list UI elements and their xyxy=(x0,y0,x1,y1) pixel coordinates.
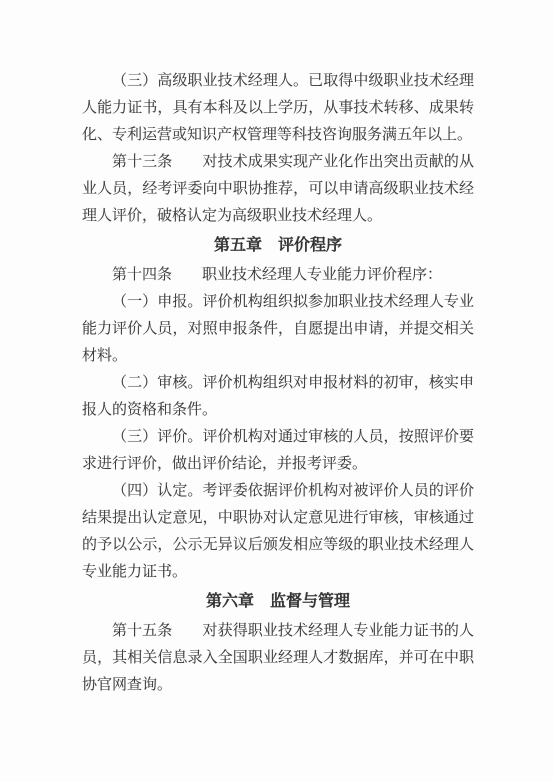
chapter-5-heading: 第五章 评价程序 xyxy=(82,232,474,259)
paragraph-article-14: 第十四条 职业技术经理人专业能力评价程序： xyxy=(82,262,474,289)
paragraph-clause-three-senior-manager: （三）高级职业技术经理人。已取得中级职业技术经理人能力证书，具有本科及以上学历，… xyxy=(82,68,474,149)
document-page: （三）高级职业技术经理人。已取得中级职业技术经理人能力证书，具有本科及以上学历，… xyxy=(0,0,553,782)
paragraph-article-15: 第十五条 对获得职业技术经理人专业能力证书的人员，其相关信息录入全国职业经理人才… xyxy=(82,618,474,699)
paragraph-step-2-review: （二）审核。评价机构组织对申报材料的初审，核实申报人的资格和条件。 xyxy=(82,370,474,424)
paragraph-step-1-declare: （一）申报。评价机构组织拟参加职业技术经理人专业能力评价人员，对照申报条件，自愿… xyxy=(82,289,474,370)
paragraph-step-3-evaluate: （三）评价。评价机构对通过审核的人员，按照评价要求进行评价，做出评价结论，并报考… xyxy=(82,424,474,478)
chapter-6-heading: 第六章 监督与管理 xyxy=(82,588,474,615)
paragraph-step-4-confirm: （四）认定。考评委依据评价机构对被评价人员的评价结果提出认定意见，中职协对认定意… xyxy=(82,478,474,586)
paragraph-article-13: 第十三条 对技术成果实现产业化作出突出贡献的从业人员，经考评委向中职协推荐，可以… xyxy=(82,149,474,230)
document-content: （三）高级职业技术经理人。已取得中级职业技术经理人能力证书，具有本科及以上学历，… xyxy=(0,0,553,699)
